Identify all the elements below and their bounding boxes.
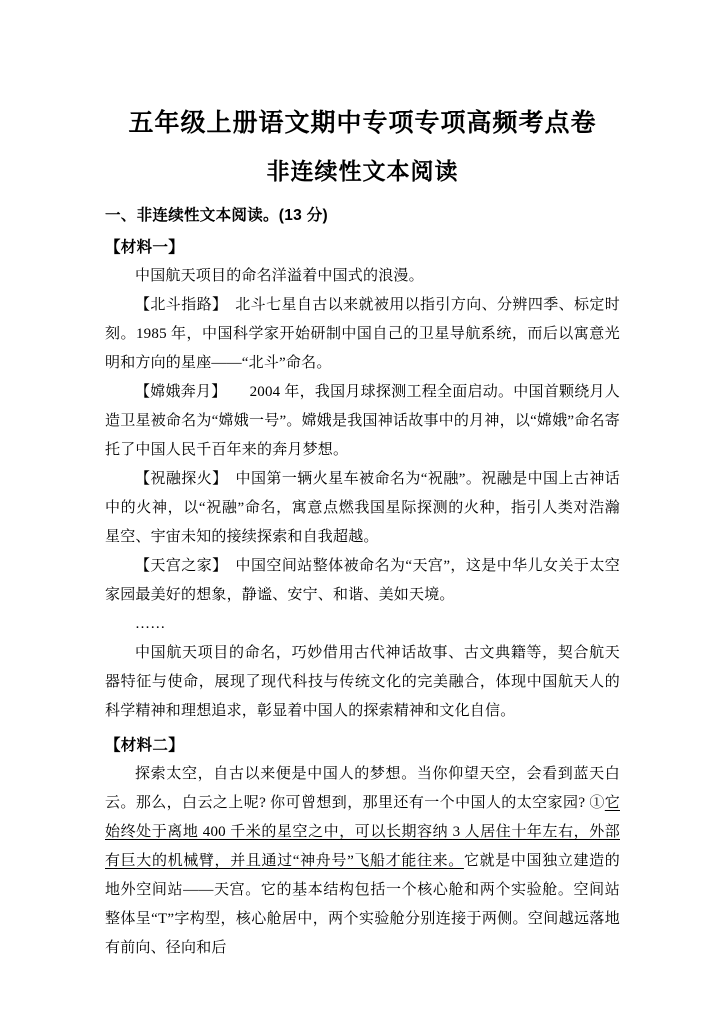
section-heading: 一、非连续性文本阅读。(13 分) <box>105 204 620 228</box>
material-2-paragraph: 探索太空，自古以来便是中国人的梦想。当你仰望天空，会看到蓝天白云。那么，白云之上… <box>105 760 620 963</box>
bracket-tag-tiangong: 【天宫之家】 <box>135 558 220 574</box>
page-title: 五年级上册语文期中专项专项高频考点卷 <box>105 106 620 140</box>
document-page: 五年级上册语文期中专项专项高频考点卷 非连续性文本阅读 一、非连续性文本阅读。(… <box>0 0 724 1024</box>
bracket-tag-change: 【嫦娥奔月】 <box>135 384 219 400</box>
material-1-summary-paragraph: 中国航天项目的命名，巧妙借用古代神话故事、古文典籍等，契合航天器特征与使命，展现… <box>105 639 620 726</box>
material-1-paragraph-tiangong: 【天宫之家】 中国空间站整体被命名为“天宫”，这是中华儿女关于太空家园最美好的想… <box>105 552 620 610</box>
bracket-tag-zhurong: 【祝融探火】 <box>135 471 220 487</box>
ellipsis-line: …… <box>105 610 620 639</box>
material-2-label: 【材料二】 <box>105 731 620 760</box>
material-1-paragraph-beidou: 【北斗指路】 北斗七星自古以来就被用以指引方向、分辨四季、标定时刻。1985 年… <box>105 291 620 378</box>
page-subtitle: 非连续性文本阅读 <box>105 155 620 187</box>
material-1-intro-paragraph: 中国航天项目的命名洋溢着中国式的浪漫。 <box>105 262 620 291</box>
material-1-paragraph-change: 【嫦娥奔月】 2004 年，我国月球探测工程全面启动。中国首颗绕月人造卫星被命名… <box>105 378 620 465</box>
material-2-lead-text: 探索太空，自古以来便是中国人的梦想。当你仰望天空，会看到蓝天白云。那么，白云之上… <box>105 766 620 811</box>
material-1-label: 【材料一】 <box>105 233 620 262</box>
bracket-tag-beidou: 【北斗指路】 <box>135 297 220 313</box>
material-1-paragraph-zhurong: 【祝融探火】 中国第一辆火星车被命名为“祝融”。祝融是中国上古神话中的火神，以“… <box>105 465 620 552</box>
